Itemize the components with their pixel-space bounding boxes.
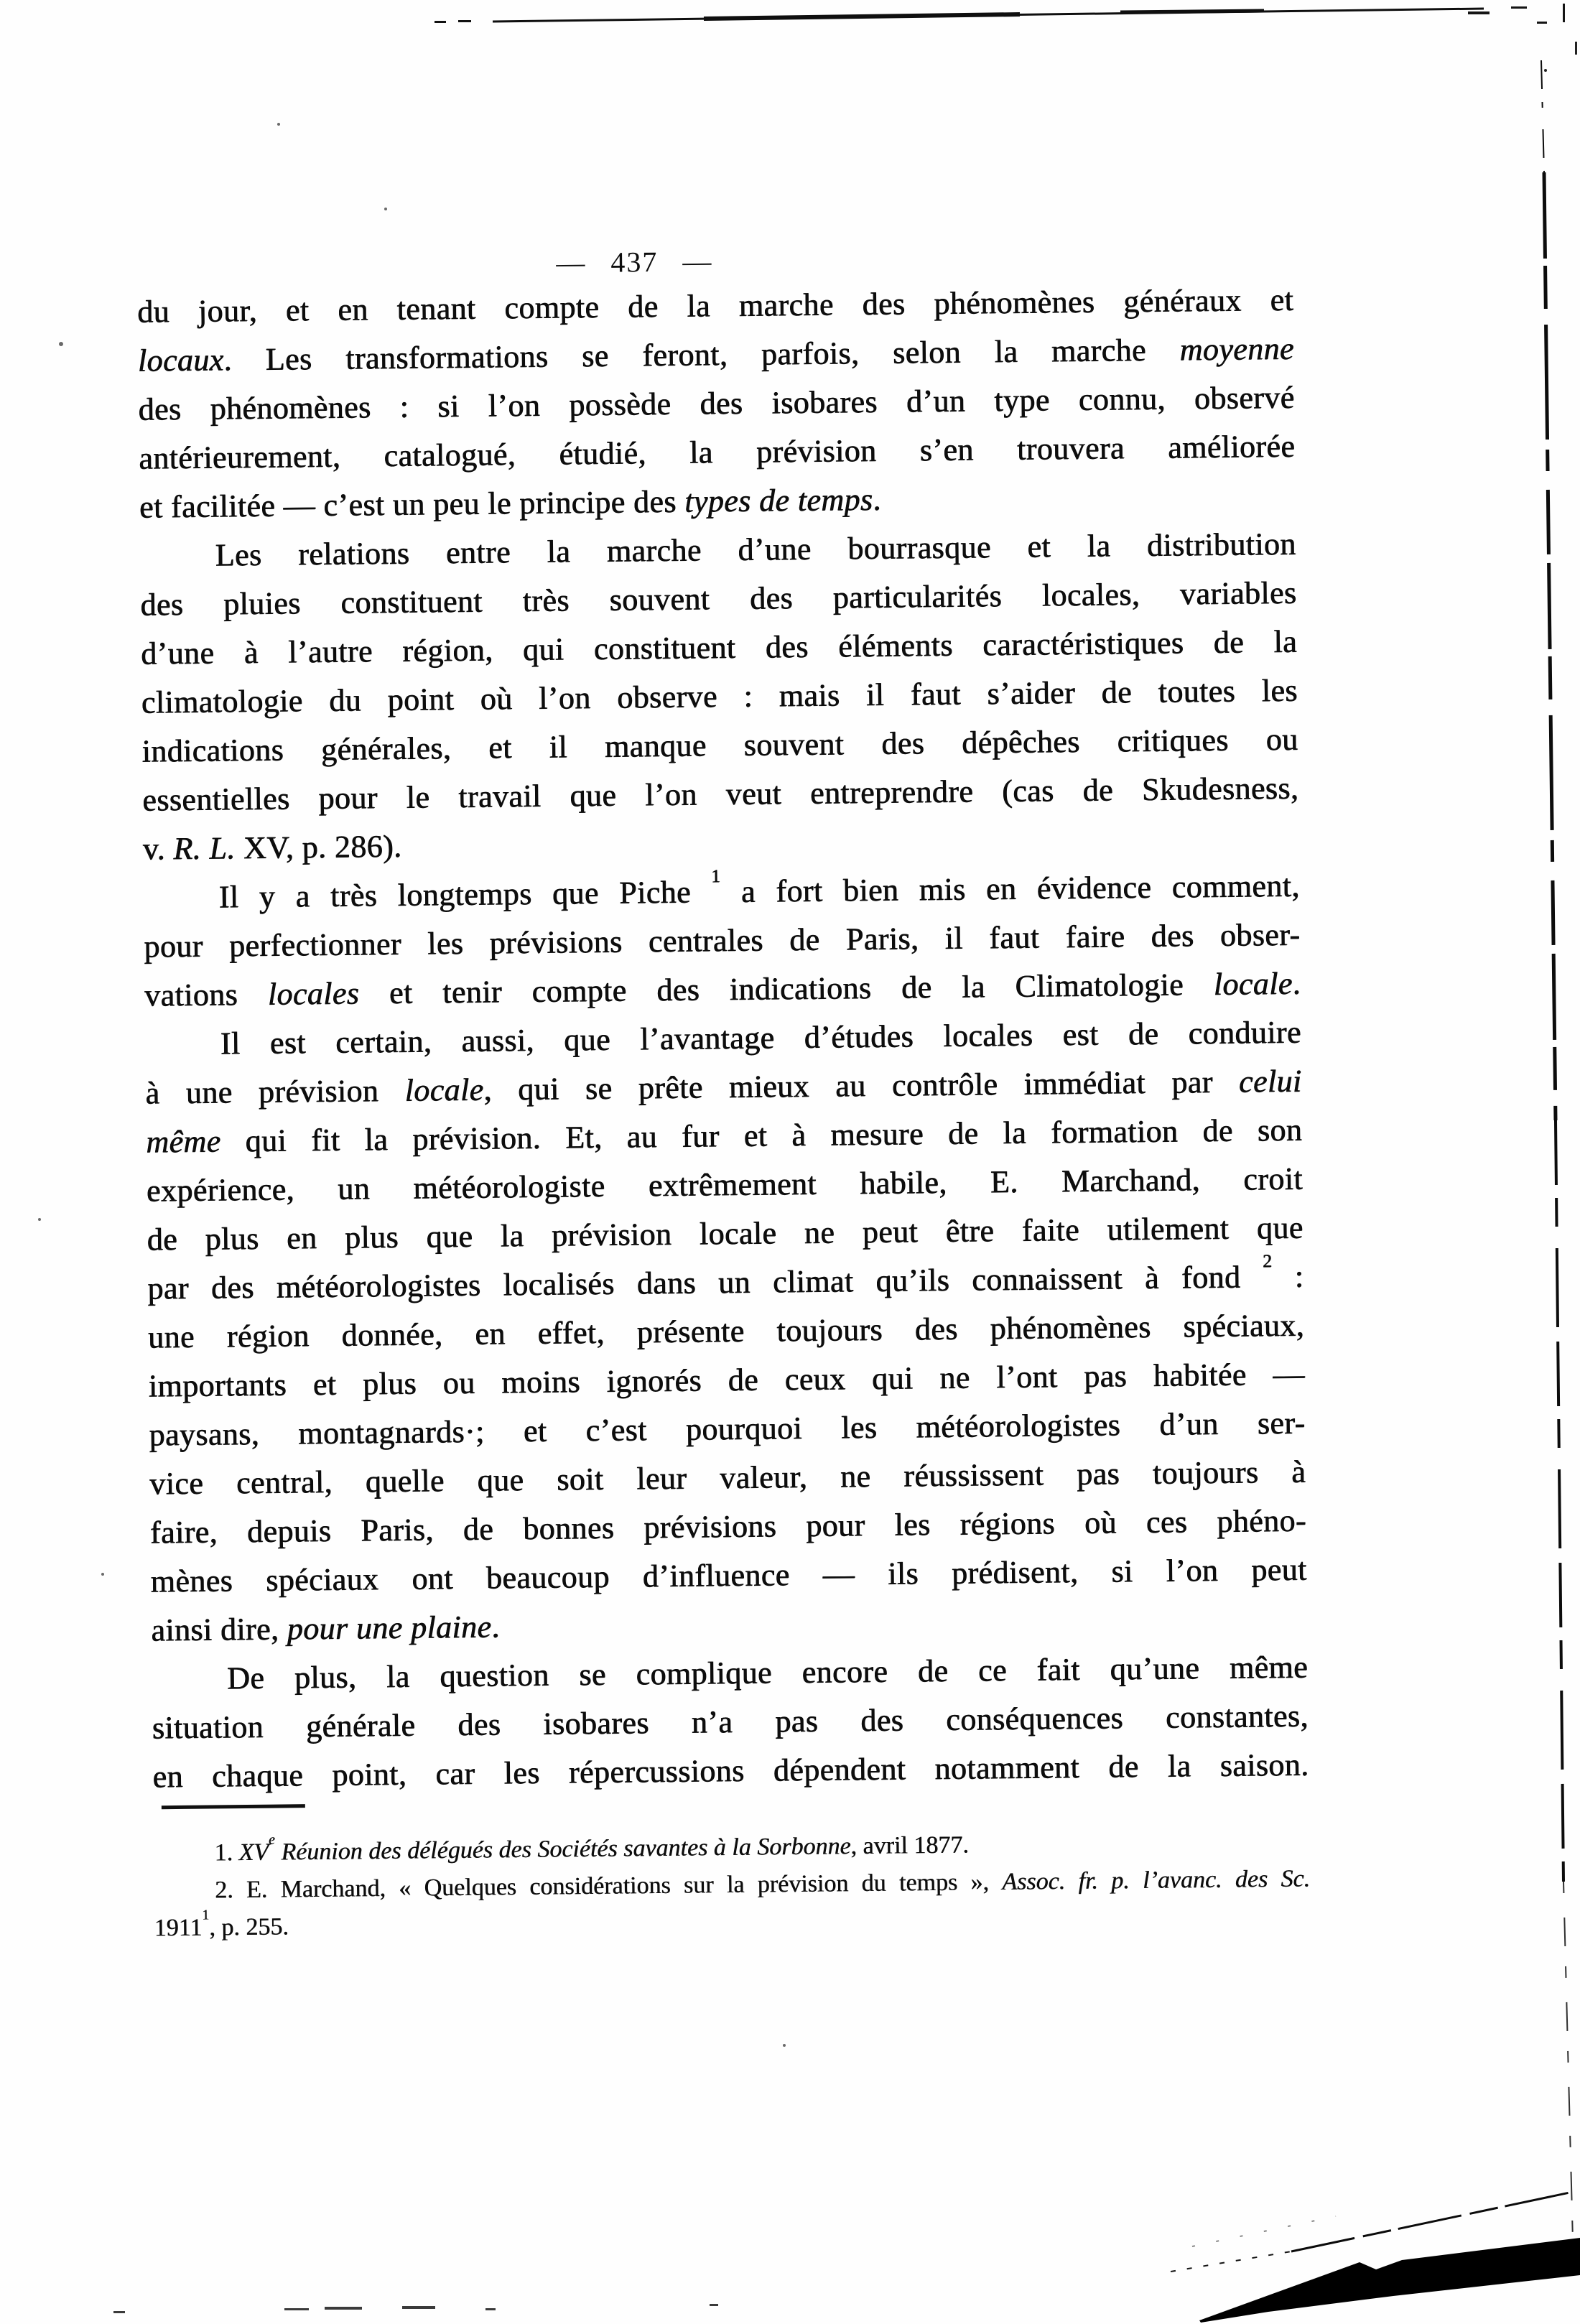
scan-artifact-right-edge-line — [1541, 60, 1573, 2241]
paragraph: Il y a très longtemps que Piche 1 a fort… — [143, 862, 1301, 1021]
scan-artifact-corner-marks — [1468, 4, 1577, 72]
paragraph: du jour, et en tenant compte de la march… — [137, 276, 1296, 532]
paragraph: Il est certain, aussi, que l’avantage d’… — [144, 1008, 1307, 1655]
scan-artifact-bottom-dashes — [113, 2304, 718, 2313]
paragraph: 2. E. Marchand, « Quelques considération… — [154, 1860, 1311, 1947]
paragraph: De plus, la question se complique encore… — [152, 1643, 1309, 1802]
body-text: du jour, et en tenant compte de la march… — [137, 276, 1309, 1802]
footnote-rule — [162, 1804, 305, 1809]
printed-content: — 437 — du jour, et en tenant compte de … — [136, 236, 1311, 1948]
scan-artifact-page-curl — [1171, 2191, 1580, 2323]
scanned-page: — 437 — du jour, et en tenant compte de … — [0, 0, 1580, 2324]
paragraph: Les relations entre la marche d’une bour… — [139, 520, 1299, 874]
footnotes: 1. XVe Réunion des délégués des Sociétés… — [153, 1823, 1311, 1948]
scan-artifact-top-edge-line — [434, 9, 1484, 23]
